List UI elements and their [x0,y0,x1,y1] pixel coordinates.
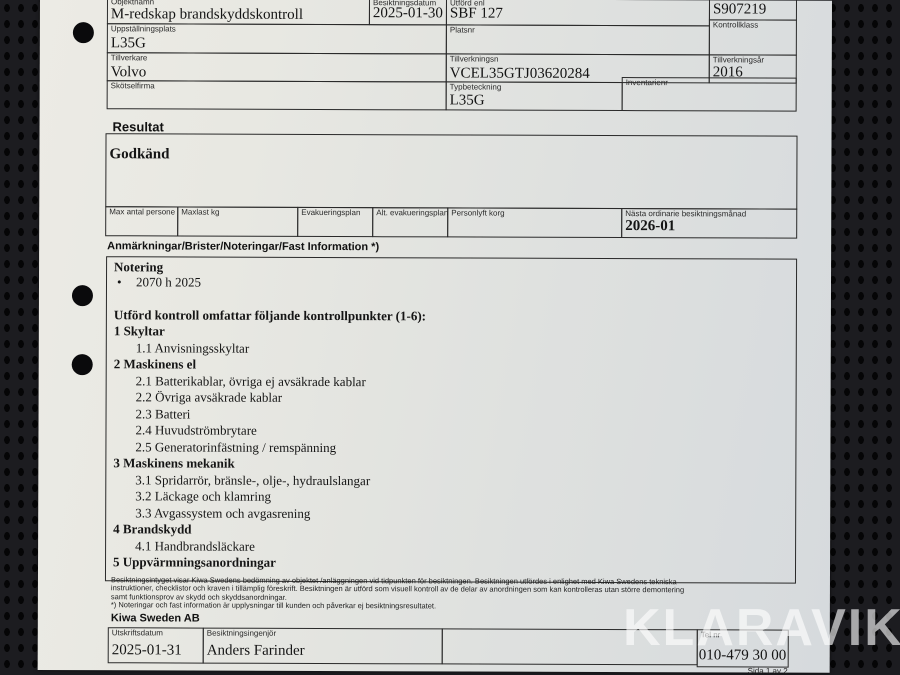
kontrollklass-cell: Kontrollklass [709,19,797,55]
scope-heading: Utförd kontroll omfattar följande kontro… [114,307,426,324]
tillverkare-label: Tillverkare [111,53,148,62]
tillverkare-cell: Tillverkare Volvo [107,52,447,82]
checkpoint-item: 2.3 Batteri [136,406,191,422]
utskriftsdatum-value: 2025-01-31 [112,642,182,659]
checkpoint-item: 3.1 Spridarrör, bränsle-, olje-, hydraul… [135,472,370,489]
checkpoint-item: 2.4 Huvudströmbrytare [135,422,256,438]
checkpoint-item: 2.2 Övriga avsäkrade kablar [136,389,283,406]
inventarienr-cell: Inventarienr [622,77,797,112]
typbeteckning-cell: Typbeteckning L35G [446,81,623,111]
result-field-cell: Alt. evakueringsplan [372,207,448,237]
company-name: Kiwa Sweden AB [111,612,200,624]
remarks-content: Notering•2070 h 2025Utförd kontroll omfa… [107,257,796,259]
utford-enl-cell: Utförd enl SBF 127 [446,0,710,26]
result-field-cell: Maxlast kg [177,206,298,236]
result-field-cell: Evakueringsplan [297,207,373,237]
checkpoint-group: 3 Maskinens mekanik [113,455,234,471]
id-number-cell: S907219 [709,0,797,21]
checkpoint-item: 3.2 Läckage och klamring [135,488,271,504]
result-field-cell: Personlyft korg [447,207,622,238]
result-field-value: 2026-01 [625,218,675,235]
result-field-label: Max antal persone [109,207,175,216]
punch-hole [73,22,94,43]
kontrollklass-label: Kontrollklass [713,20,758,29]
bullet-icon: • [117,274,122,290]
ingenjor-value: Anders Farinder [207,643,305,660]
besiktningsdatum-cell: Besiktningsdatum 2025-01-30 [369,0,447,25]
result-status: Godkänd [109,146,169,163]
checkpoint-item: 4.1 Handbrandsläckare [135,538,255,554]
punch-hole [72,354,93,375]
inventarienr-label: Inventarienr [626,78,668,87]
result-field-cell: Nästa ordinarie besiktningsmånad2026-01 [621,208,797,239]
inspection-certificate-page: Objektnamn M-redskap brandskyddskontroll… [38,0,832,673]
tillverkningsnr-value: VCEL35GTJ03620284 [450,65,590,82]
result-field-label: Evakueringsplan [301,208,360,217]
disclaimer-line: *) Noteringar och fast information är up… [111,600,436,610]
uppstallningsplats-label: Uppställningsplats [111,24,176,33]
tillverkare-value: Volvo [111,64,147,81]
punch-hole [72,285,93,306]
utskriftsdatum-cell: Utskriftsdatum 2025-01-31 [108,627,204,663]
ingenjor-label: Besiktningsingenjör [207,629,276,638]
checkpoint-item: 3.3 Avgassystem och avgasrening [135,505,310,522]
platsnr-label: Platsnr [450,25,475,34]
checkpoint-group: 5 Uppvärmningsanordningar [113,554,276,571]
objektnamn-cell: Objektnamn M-redskap brandskyddskontroll [107,0,370,25]
remarks-heading: Anmärkningar/Brister/Noteringar/Fast Inf… [107,240,379,253]
checkpoint-group: 2 Maskinens el [114,356,196,372]
resultat-heading: Resultat [113,119,164,134]
result-field-label: Personlyft korg [451,208,504,217]
utskriftsdatum-label: Utskriftsdatum [112,628,163,637]
tillverkningsar-label: Tillverkningsår [713,55,764,64]
result-field-label: Maxlast kg [181,207,219,216]
checkpoint-group: 4 Brandskydd [113,521,191,537]
skotselfirma-cell: Skötselfirma [107,80,447,110]
note-item: 2070 h 2025 [136,274,201,290]
checkpoint-group: 1 Skyltar [114,323,165,339]
typbeteckning-value: L35G [450,92,485,109]
result-status-box: Godkänd [105,133,797,209]
typbeteckning-label: Typbeteckning [450,82,502,91]
remarks-box: Notering•2070 h 2025Utförd kontroll omfa… [105,256,797,583]
utford-enl-value: SBF 127 [450,5,503,22]
skotselfirma-label: Skötselfirma [111,81,155,90]
uppstallningsplats-cell: Uppställningsplats L35G [107,23,447,54]
tillverkningsnr-label: Tillverkningsn [450,54,499,63]
uppstallningsplats-value: L35G [111,35,146,52]
platsnr-cell: Platsnr [446,24,710,55]
checkpoint-item: 2.1 Batterikablar, övriga ej avsäkrade k… [136,373,366,390]
ingenjor-cell: Besiktningsingenjör Anders Farinder [203,628,443,665]
objektnamn-value: M-redskap brandskyddskontroll [111,6,303,24]
page-number: Sida 1 av 2 [748,666,788,675]
watermark-logo: KLARAVIK [623,598,900,658]
checkpoint-item: 1.1 Anvisningsskyltar [136,340,249,356]
id-number-value: S907219 [713,1,766,18]
result-field-label: Nästa ordinarie besiktningsmånad [625,209,746,218]
besiktningsdatum-value: 2025-01-30 [373,5,443,22]
checkpoint-item: 2.5 Generatorinfästning / remspänning [135,439,336,456]
result-field-label: Alt. evakueringsplan [376,208,448,217]
result-field-cell: Max antal persone [105,206,178,236]
